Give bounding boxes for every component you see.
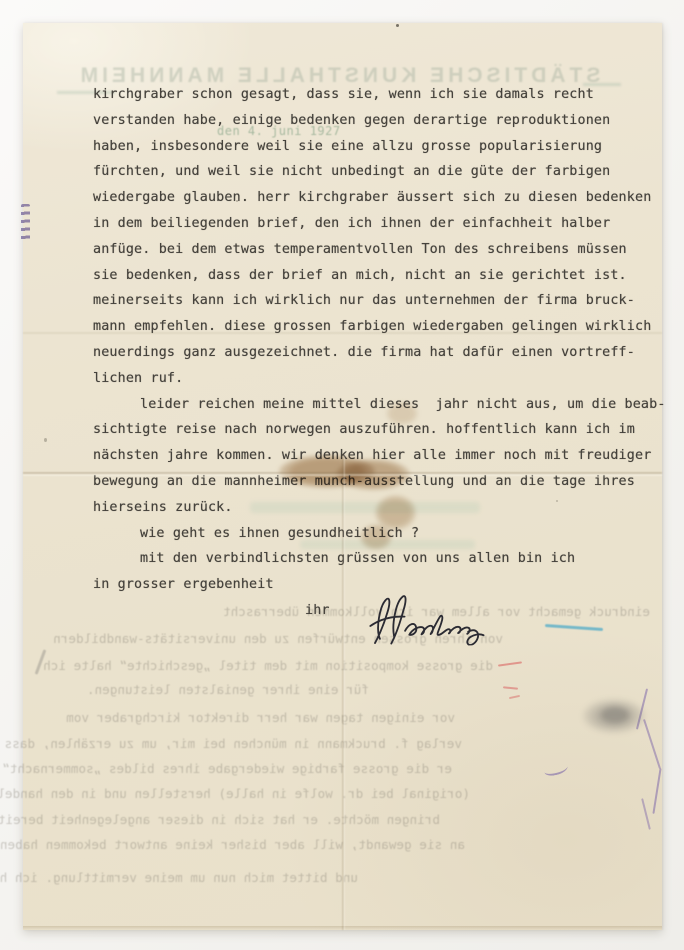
paper-speck: [236, 200, 238, 202]
paper-speck: [556, 500, 558, 502]
mirrored-bleedthrough-line: von ihren grossen entwürfen zu den unive…: [503, 631, 684, 647]
mirrored-bleedthrough-line: die grosse komposition mit dem titel „ge…: [493, 658, 684, 674]
handwritten-signature: [362, 589, 486, 649]
paper-speck: [44, 438, 47, 442]
paper-speck: [396, 24, 399, 27]
letter-line: anfüge. bei dem etwas temperamentvollen …: [93, 240, 627, 260]
graphite-smudge: [601, 707, 629, 723]
letter-line: in dem beiliegenden brief, den ich ihnen…: [93, 214, 610, 234]
letter-line: verstanden habe, einige bedenken gegen d…: [93, 111, 610, 131]
letter-line: haben, insbesondere weil sie eine allzu …: [93, 137, 602, 157]
letter-line: mit den verbindlichsten grüssen von uns …: [140, 549, 575, 569]
faint-fold-crease: [23, 332, 662, 334]
coffee-stain-small: [360, 524, 392, 550]
letter-line: sie bedenken, dass der brief an mich, ni…: [93, 266, 627, 286]
mirrored-bleedthrough-line: vor einigen tagen war herr direktor kirc…: [455, 710, 684, 726]
faint-stain: [386, 402, 418, 425]
vertical-fold-crease: [342, 455, 345, 930]
mirrored-bleedthrough-line: und bittet mich nun um meine vermittlung…: [358, 870, 684, 886]
purple-edge-mark: [21, 204, 30, 242]
scanned-letter-page: STÄDTISCHE KUNSTHALLE MANNHEIM den 4. ju…: [0, 0, 684, 950]
letter-line: kirchgraber schon gesagt, dass sie, wenn…: [93, 85, 594, 105]
letter-line: neuerdings ganz ausgezeichnet. die firma…: [93, 343, 635, 363]
letter-line: sichtigte reise nach norwegen auszuführe…: [93, 420, 635, 440]
letter-line: in grosser ergebenheit: [93, 575, 274, 595]
letter-line: wiedergabe glauben. herr kirchgraber äus…: [93, 188, 651, 208]
mirrored-bleedthrough-line: (original bei dr. wolfe in halle) herste…: [470, 786, 684, 802]
letter-line: fürchten, und weil sie nicht unbedingt a…: [93, 162, 610, 182]
letter-line: lichen ruf.: [93, 369, 183, 389]
teal-ink-trace: [250, 502, 480, 513]
mirrored-bleedthrough-line: eindruck gemacht vor allem war ich vollk…: [650, 604, 684, 620]
mirrored-bleedthrough-line: für eine ihrer genialsten leistungen.: [369, 682, 651, 698]
valediction: ihr: [305, 601, 330, 621]
mirrored-bleedthrough-line: an sie gewandt, will aber bisher keine a…: [465, 837, 684, 853]
letter-line: meinerseits kann ich wirklich nur das un…: [93, 291, 635, 311]
mirrored-bleedthrough-line: er die grosse farbige wiedergabe ihres b…: [452, 761, 684, 777]
letter-line: mann empfehlen. diese grossen farbigen w…: [93, 317, 651, 337]
letter-line: hierseins zurück.: [93, 498, 233, 518]
